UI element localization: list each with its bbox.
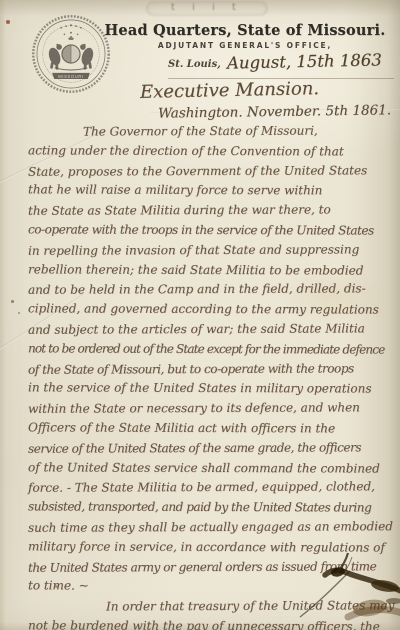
handwritten-line: in repelling the invasion of that State … (28, 240, 400, 261)
handwritten-line: of the State of Missouri, but to co-oper… (28, 359, 400, 380)
handwritten-line: subsisted, transported, and paid by the … (28, 497, 400, 518)
printed-place-st-louis: St. Louis, (168, 59, 227, 70)
address-executive-mansion: Executive Mansion. (140, 78, 319, 103)
handwritten-line: co-operate with the troops in the servic… (28, 220, 400, 241)
handwritten-date: August, 15th 1863 (227, 50, 382, 72)
handwritten-line: and to be held in the Camp and in the fi… (28, 280, 400, 301)
handwritten-line: not to be ordered out of the State excep… (28, 339, 400, 360)
dateline: St. Louis, August, 15th 1863 (168, 52, 394, 79)
handwritten-line: in the service of the United States in m… (28, 379, 400, 400)
letterhead-office-subtitle: ADJUTANT GENERAL'S OFFICE, (100, 41, 390, 50)
handwritten-line: Officers of the State Militia act with o… (28, 418, 400, 439)
handwritten-line: service of the United States of the same… (28, 438, 400, 459)
scanned-letter-page: t i i t MISSOURI Head Quarters (0, 0, 400, 630)
handwritten-line: ciplined, and governed according to the … (28, 300, 400, 321)
ink-blot (290, 545, 400, 630)
foxing-speck (6, 20, 10, 24)
handwritten-line: that he will raise a military force to s… (28, 181, 400, 202)
handwritten-line: the State as State Militia during the wa… (28, 200, 400, 221)
foxing-speck (18, 312, 20, 314)
handwritten-line: such time as they shall be actually enga… (28, 517, 400, 538)
handwritten-line: of the United States service shall comma… (28, 458, 400, 479)
faded-embossed-stamp: t i i t (146, 1, 268, 16)
handwritten-line: force. - The State Militia to be armed, … (28, 478, 400, 499)
handwritten-line: within the State or necessary to its def… (28, 398, 400, 419)
seal-banner-text: MISSOURI (58, 74, 84, 79)
handwritten-line: and subject to the articles of war; the … (28, 319, 400, 340)
handwritten-line: rebellion therein; the said State Militi… (28, 260, 400, 281)
handwritten-line: State, proposes to the Government of the… (28, 161, 400, 182)
handwritten-line: acting under the direction of the Conven… (28, 141, 400, 162)
address-washington-date: Washington. November. 5th 1861. (158, 102, 391, 121)
letterhead-heading: Head Quarters, State of Missouri. (100, 22, 390, 39)
handwritten-line: The Governor of the State of Missouri, (28, 121, 400, 142)
foxing-speck (11, 300, 14, 303)
